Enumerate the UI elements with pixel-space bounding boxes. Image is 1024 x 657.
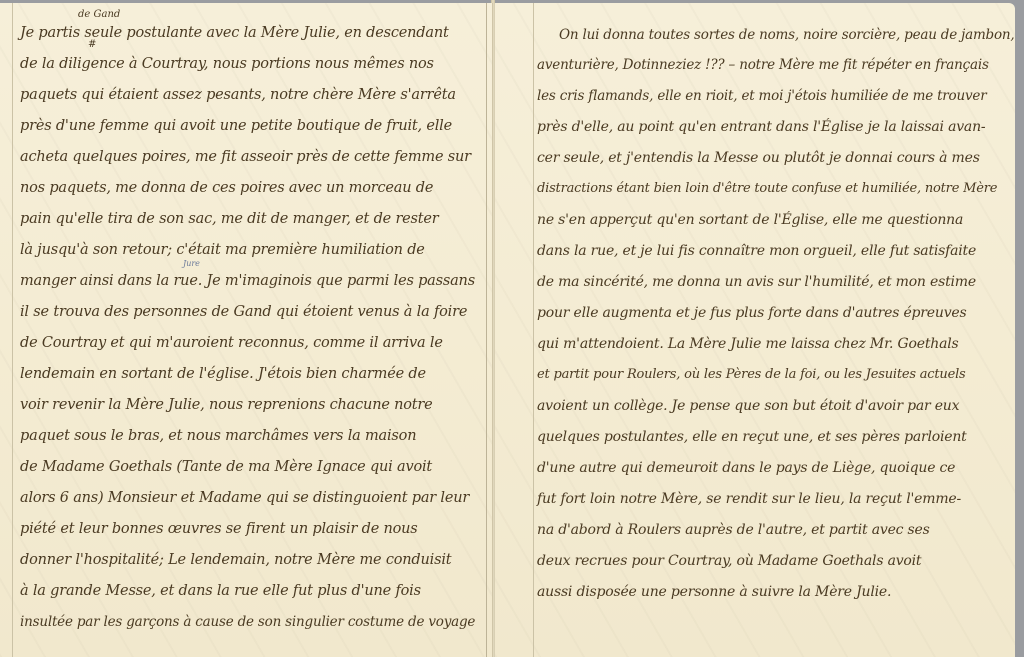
text-line: deux recrues pour Courtray, où Madame Go… [537,553,921,569]
text-line: nos paquets, me donna de ces poires avec… [20,180,433,196]
text-line: dans la rue, et je lui fis connaître mon… [537,243,976,259]
text-line: les cris flamands, elle en rioit, et moi… [537,88,986,104]
text-line: de Madame Goethals (Tante de ma Mère Ign… [20,459,432,475]
text-line: acheta quelques poires, me fit asseoir p… [20,149,471,165]
text-line: voir revenir la Mère Julie, nous repreni… [20,397,433,413]
left-page: de Gand # Jure Je partis seule postulant… [0,3,493,657]
text-line: fut fort loin notre Mère, se rendit sur … [537,491,961,507]
text-line: cer seule, et j'entendis la Messe ou plu… [537,150,980,166]
text-line: de la diligence à Courtray, nous portion… [20,56,434,72]
text-line: distractions étant bien loin d'être tout… [537,181,997,196]
text-line: pain qu'elle tira de son sac, me dit de … [20,211,439,227]
text-line: na d'abord à Roulers auprès de l'autre, … [537,522,930,538]
text-line: à la grande Messe, et dans la rue elle f… [20,583,421,599]
text-line: avoient un collège. Je pense que son but… [537,398,959,414]
text-line: pour elle augmenta et je fus plus forte … [537,305,966,321]
text-line: aussi disposée une personne à suivre la … [537,584,891,600]
text-line: manger ainsi dans la rue. Je m'imaginois… [20,273,475,289]
text-line: près d'elle, au point qu'en entrant dans… [537,119,985,135]
text-line: il se trouva des personnes de Gand qui é… [20,304,467,320]
text-line: donner l'hospitalité; Le lendemain, notr… [20,552,451,568]
text-line: paquet sous le bras, et nous marchâmes v… [20,428,416,444]
text-line: aventurière, Dotinneziez !?? – notre Mèr… [537,57,989,73]
text-line: près d'une femme qui avoit une petite bo… [20,118,452,134]
text-line: qui m'attendoient. La Mère Julie me lais… [537,336,958,352]
text-line: de Courtray et qui m'auroient reconnus, … [20,335,443,351]
text-line: quelques postulantes, elle en reçut une,… [537,429,967,445]
left-page-text: Je partis seule postulante avec la Mère … [0,3,492,657]
text-line: alors 6 ans) Monsieur et Madame qui se d… [20,490,469,506]
text-line: Je partis seule postulante avec la Mère … [20,25,449,41]
text-line: insultée par les garçons à cause de son … [20,614,475,630]
text-line: de ma sincérité, me donna un avis sur l'… [537,274,976,290]
text-line: piété et leur bonnes œuvres se firent un… [20,521,418,537]
right-page-text: On lui donna toutes sortes de noms, noir… [495,3,1015,657]
text-line: là jusqu'à son retour; c'était ma premiè… [20,242,425,258]
text-line: ne s'en apperçut qu'en sortant de l'Égli… [537,212,963,228]
right-page: On lui donna toutes sortes de noms, noir… [494,3,1015,657]
text-line: paquets qui étaient assez pesants, notre… [20,87,456,103]
text-line: d'une autre qui demeuroit dans le pays d… [537,460,955,476]
text-line: On lui donna toutes sortes de noms, noir… [559,27,1015,43]
text-line: et partit pour Roulers, où les Pères de … [537,367,966,382]
manuscript-scan: de Gand # Jure Je partis seule postulant… [0,0,1024,657]
text-line: lendemain en sortant de l'église. J'étoi… [20,366,426,382]
